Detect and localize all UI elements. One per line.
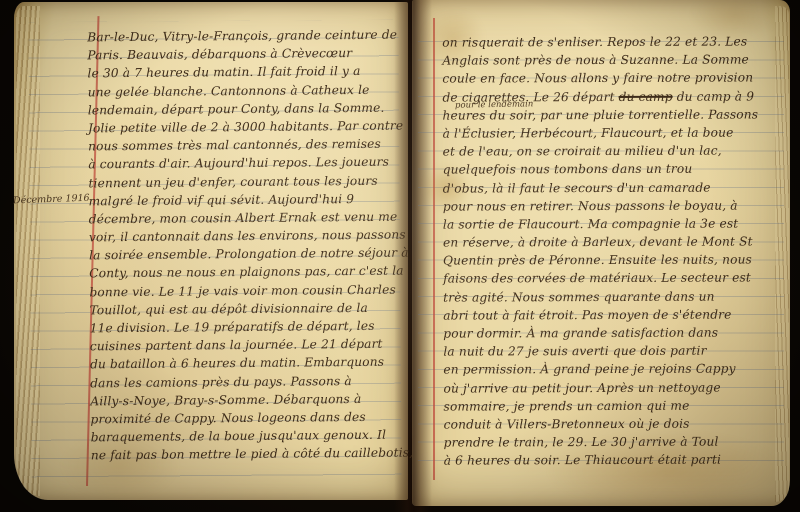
handwriting-line: tiennent un jeu d'enfer, courant tous le… [88,171,400,192]
handwriting-line: faisons des corvées de matériaux. Le sec… [443,269,773,288]
handwriting-line: où j'arrive au petit jour. Après un nett… [443,378,773,397]
struck-text: du camp [619,89,673,103]
handwriting-line: à l'Éclusier, Herbécourt, Flaucourt, et … [443,123,773,142]
handwriting-line: Anglais sont près de nous à Suzanne. La … [442,51,772,70]
handwriting-line: conduit à Villers-Bretonneux où je dois [444,414,774,433]
handwriting-line: en permission. À grand peine je rejoins … [443,360,773,379]
handwriting-line: Conty, nous ne nous en plaignons pas, ca… [89,262,401,283]
handwriting-text: du camp à 9 [673,89,754,103]
handwriting-line: à courants d'air. Aujourd'hui repos. Les… [88,153,400,174]
page-edge-stack-right [775,6,789,502]
handwriting-line: la sortie de Flaucourt. Ma compagnie la … [443,214,773,233]
handwriting-line: Bar-le-Duc, Vitry-le-François, grande ce… [87,26,399,47]
handwriting-line: Quentin près de Péronne. Ensuite les nui… [443,251,773,270]
handwriting-line: et de l'eau, on se croirait au milieu d'… [443,142,773,161]
handwriting-left-page: Bar-le-Duc, Vitry-le-François, grande ce… [87,26,403,465]
handwriting-line: du bataillon à 6 heures du matin. Embarq… [90,353,402,374]
handwriting-line: pour nous en retirer. Nous passons le bo… [443,196,773,215]
handwriting-line: prendre le train, le 29. Le 30 j'arrive … [444,433,774,452]
notebook-photo: Décembre 1916 Bar-le-Duc, Vitry-le-Franç… [0,0,800,512]
handwriting-line: en réserve, à droite à Barleux, devant l… [443,232,773,251]
handwriting-line: une gelée blanche. Cantonnons à Catheux … [88,80,400,101]
handwriting-line: coule en face. Nous allons y faire notre… [442,69,772,88]
handwriting-line: très agité. Nous sommes quarante dans un [443,287,773,306]
handwriting-line: d'obus, là il faut le secours d'un camar… [443,178,773,197]
handwriting-right-page: on risquerait de s'enliser. Repos le 22 … [442,32,774,470]
handwriting-line: la nuit du 27 je suis averti que dois pa… [443,342,773,361]
handwriting-line: quelquefois nous tombons dans un trou [443,160,773,179]
handwriting-line: ne fait pas bon mettre le pied à côté du… [91,444,403,465]
handwriting-line: on risquerait de s'enliser. Repos le 22 … [442,32,772,51]
handwriting-line: abri tout à fait étroit. Pas moyen de s'… [443,305,773,324]
handwriting-line: le 30 à 7 heures du matin. Il fait froid… [87,62,399,83]
page-edge-stack-left [16,6,40,496]
handwriting-line: à 6 heures du soir. Le Thiaucourt était … [444,451,774,470]
handwriting-line: pour dormir. À ma grande satisfaction da… [443,323,773,342]
handwriting-line: sommaire, je prends un camion qui me [444,396,774,415]
interline-note: pour le lendemain [455,99,533,110]
